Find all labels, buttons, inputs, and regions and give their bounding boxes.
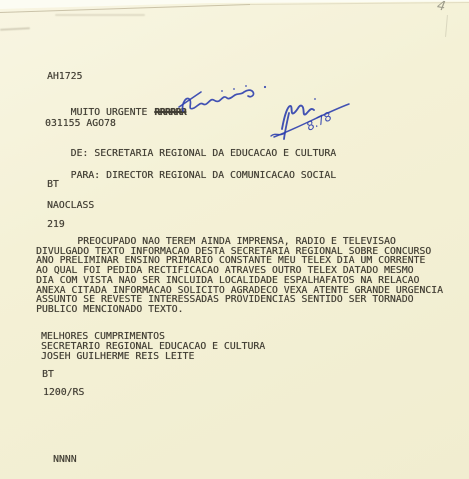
telex-ref-number: AH1725 [47,71,82,83]
classification-marker: NAOCLASS [47,200,94,212]
to-line: PARA:DIRECTOR REGIONAL DA COMUNICACAO SO… [47,158,336,194]
handwritten-annotation: 8.78 [175,80,355,150]
bt-close-marker: BT [42,369,54,381]
priority-label: MUITO URGENTE [71,107,148,118]
message-number: 219 [47,219,65,231]
end-of-message-marker: NNNN [53,454,77,466]
datetime-group: 031155 AGO78 [45,118,116,130]
to-label: PARA: [71,170,101,181]
scan-smudge [55,14,145,16]
telex-document-page: 4 AH1725 MUITO URGENTERRRRRR 031155 AGO7… [0,0,469,479]
bt-open-marker: BT [47,179,59,191]
message-body: PREOCUPADO NAO TEREM AINDA IMPRENSA, RAD… [36,237,443,315]
operator-reference: 1200/RS [43,387,84,399]
to-value: DIRECTOR REGIONAL DA COMUNICACAO SOCIAL [106,170,336,181]
scan-edge-line [0,0,469,40]
signature-name: JOSEH GUILHERME REIS LEITE [41,351,194,363]
handwriting-word-stroke [183,90,254,111]
